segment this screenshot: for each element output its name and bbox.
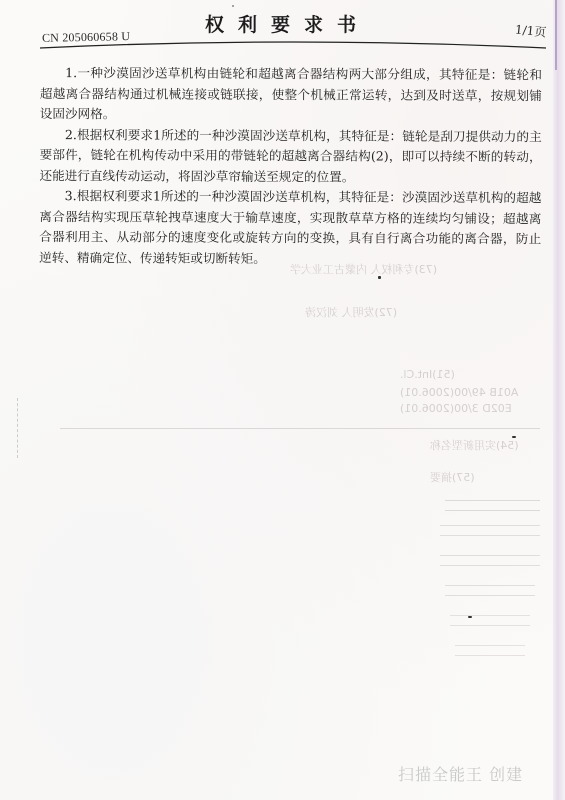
scan-speck — [378, 276, 381, 279]
patent-number: CN 205060658 U — [42, 29, 130, 46]
claim-number: 3. — [65, 188, 77, 203]
binding-mark — [17, 398, 19, 458]
scan-speck — [468, 616, 472, 618]
bleed-through-block — [455, 645, 525, 656]
bleed-through-line: (73)专利权人 内蒙古工业大学 — [290, 262, 437, 278]
claim-text: 一种沙漠固沙送草机构由链轮和超越离合器结构两大部分组成，其特征是：链轮和超越离合… — [40, 65, 542, 121]
page-edge-shadow — [553, 0, 565, 800]
claims-body: 1.一种沙漠固沙送草机构由链轮和超越离合器结构两大部分组成，其特征是：链轮和超越… — [39, 63, 542, 270]
bleed-through-block — [450, 615, 530, 626]
scan-speck — [232, 5, 234, 7]
claim-number: 1. — [65, 65, 77, 80]
scan-speck — [512, 436, 516, 438]
bleed-through-block — [440, 525, 540, 536]
page-number: 1/1页 — [514, 20, 547, 40]
bleed-through-rule — [60, 428, 540, 429]
claim-number: 2. — [65, 127, 77, 142]
bleed-through-line: A01B 49/00(2006.01) — [400, 385, 518, 401]
bleed-through-line: (57)摘要 — [430, 470, 475, 486]
claim-3: 3.根据权利要求1所述的一种沙漠固沙送草机构，其特征是：沙漠固沙送草机构的超越离… — [39, 186, 541, 270]
page-edge-line — [555, 0, 557, 70]
bleed-through-line: (54)实用新型名称 — [430, 438, 519, 454]
claim-text: 根据权利要求1所述的一种沙漠固沙送草机构，其特征是：链轮是刮刀提供动力的主要部件… — [39, 127, 541, 184]
scanned-page: CN 205060658 U 权利要求书 1/1页 1.一种沙漠固沙送草机构由链… — [0, 0, 565, 800]
bleed-through-line: (72)发明人 刘汉涛 — [305, 305, 397, 321]
bleed-through-block — [445, 500, 540, 511]
bleed-through-line: E02D 3/00(2006.01) — [400, 401, 512, 417]
claim-1: 1.一种沙漠固沙送草机构由链轮和超越离合器结构两大部分组成，其特征是：链轮和超越… — [40, 63, 542, 127]
document-title: 权利要求书 — [205, 10, 370, 37]
bleed-through-block — [440, 555, 540, 566]
claim-text: 根据权利要求1所述的一种沙漠固沙送草机构，其特征是：沙漠固沙送草机构的超越离合器… — [39, 188, 541, 265]
bleed-through-line: (51)Int.Cl. — [400, 367, 455, 383]
scanner-watermark: 扫描全能王 创建 — [398, 762, 523, 785]
claim-2: 2.根据权利要求1所述的一种沙漠固沙送草机构，其特征是：链轮是刮刀提供动力的主要… — [39, 124, 541, 188]
bleed-through-block — [445, 585, 535, 596]
